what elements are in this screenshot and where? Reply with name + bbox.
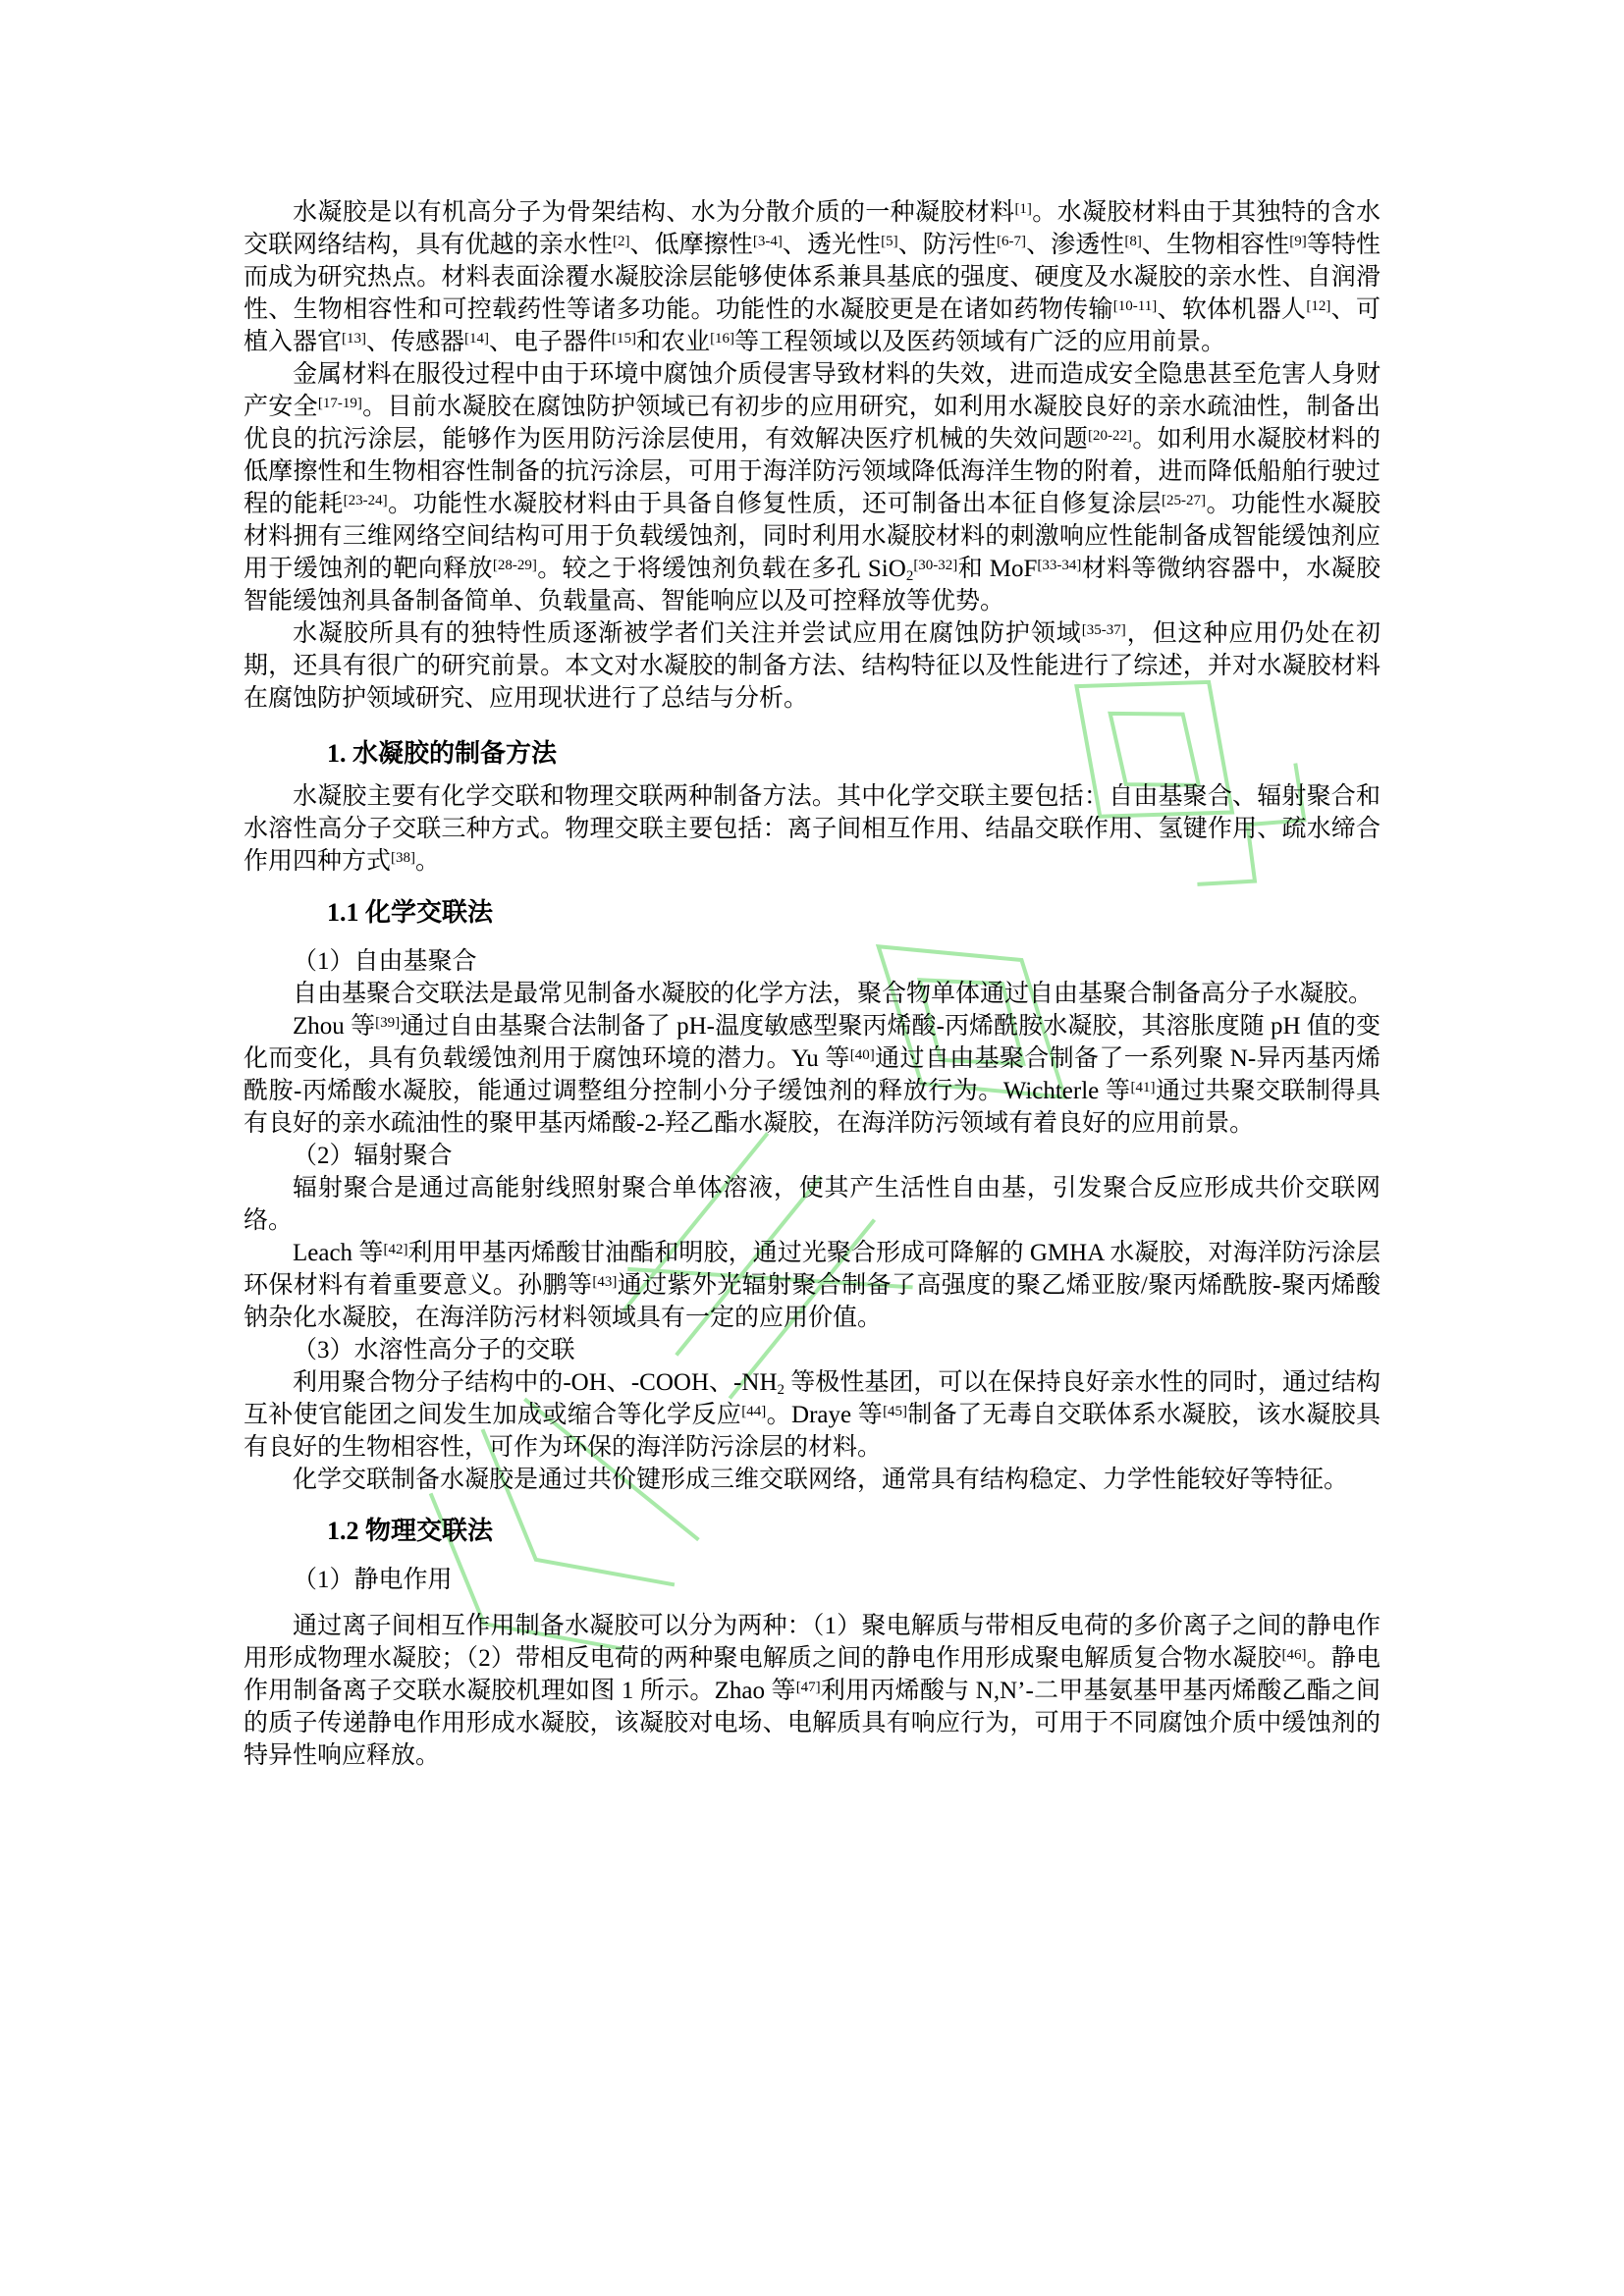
para-metal-corrosion: 金属材料在服役过程中由于环境中腐蚀介质侵害导致材料的失效，进而造成安全隐患甚至危… <box>244 358 1380 617</box>
citation-ref: [28-29] <box>493 558 537 573</box>
para-radiation-examples: Leach 等[42]利用甲基丙烯酸甘油酯和明胶，通过光聚合形成可降解的 GMH… <box>244 1237 1380 1334</box>
text-run: 。较之于将缓蚀剂负载在多孔 SiO <box>537 556 906 582</box>
document-body: 水凝胶是以有机高分子为骨架结构、水为分散介质的一种凝胶材料[1]。水凝胶材料由于… <box>244 196 1380 1772</box>
text-run: （3）水溶性高分子的交联 <box>293 1337 575 1363</box>
para-electrostatic: 通过离子间相互作用制备水凝胶可以分为两种：（1）聚电解质与带相反电荷的多价离子之… <box>244 1610 1380 1772</box>
text-run: 、电子器件 <box>489 329 612 355</box>
citation-ref: [5] <box>881 234 898 249</box>
para-free-radical-intro: 自由基聚合交联法是最常见制备水凝胶的化学方法，聚合物单体通过自由基聚合制备高分子… <box>244 978 1380 1010</box>
citation-ref: [6-7] <box>997 234 1026 249</box>
text-run: Leach 等 <box>293 1240 383 1266</box>
text-run: 1.2 物理交联法 <box>327 1517 493 1545</box>
text-run: 、透光性 <box>783 232 881 258</box>
para-hydrogel-overview: 水凝胶是以有机高分子为骨架结构、水为分散介质的一种凝胶材料[1]。水凝胶材料由于… <box>244 196 1380 358</box>
citation-ref: [40] <box>850 1047 875 1063</box>
para-research-outlook: 水凝胶所具有的独特性质逐渐被学者们关注并尝试应用在腐蚀防护领域[35-37]，但… <box>244 617 1380 715</box>
citation-ref: [23-24] <box>344 493 388 508</box>
para-chemical-summary: 化学交联制备水凝胶是通过共价键形成三维交联网络，通常具有结构稳定、力学性能较好等… <box>244 1464 1380 1496</box>
text-run: 、生物相容性 <box>1142 232 1289 258</box>
text-run: 水凝胶所具有的独特性质逐渐被学者们关注并尝试应用在腐蚀防护领域 <box>293 620 1082 647</box>
para-preparation-overview: 水凝胶主要有化学交联和物理交联两种制备方法。其中化学交联主要包括：自由基聚合、辐… <box>244 780 1380 878</box>
text-run: 1.1 化学交联法 <box>327 898 493 927</box>
heading-1-2-physical-crosslinking: 1.2 物理交联法 <box>327 1514 1380 1549</box>
citation-ref: [43] <box>592 1274 617 1290</box>
text-run: 、传感器 <box>366 329 464 355</box>
text-run: 化学交联制备水凝胶是通过共价键形成三维交联网络，通常具有结构稳定、力学性能较好等… <box>293 1467 1348 1493</box>
text-run: 辐射聚合是通过高能射线照射聚合单体溶液，使其产生活性自由基，引发聚合反应形成共价… <box>244 1175 1380 1234</box>
citation-ref: [10-11] <box>1113 298 1157 314</box>
citation-ref: [8] <box>1124 234 1142 249</box>
citation-ref: [16] <box>710 331 734 347</box>
citation-ref: [25-27] <box>1162 493 1206 508</box>
text-run: Zhou 等 <box>293 1013 375 1040</box>
text-run: 和 MoF <box>957 556 1037 582</box>
citation-ref: [38] <box>391 850 415 866</box>
citation-ref: [46] <box>1281 1647 1306 1663</box>
citation-ref: [45] <box>883 1404 907 1419</box>
citation-ref: [20-22] <box>1088 428 1132 444</box>
text-run: 。 <box>415 848 440 875</box>
heading-1-1-chemical-crosslinking: 1.1 化学交联法 <box>327 895 1380 931</box>
text-run: （1）自由基聚合 <box>293 948 477 975</box>
citation-ref: [47] <box>796 1680 821 1695</box>
citation-ref: [33-34] <box>1037 558 1081 573</box>
citation-ref: [30-32] <box>913 558 957 573</box>
citation-ref: [15] <box>612 331 636 347</box>
chemical-subscript: 2 <box>778 1382 785 1398</box>
citation-ref: [17-19] <box>318 396 362 411</box>
text-run: 和农业 <box>636 329 710 355</box>
text-run: （2）辐射聚合 <box>293 1143 453 1169</box>
subhead-free-radical-polymerization: （1）自由基聚合 <box>244 945 1380 978</box>
text-run: （1）静电作用 <box>293 1567 453 1593</box>
text-run: 、软体机器人 <box>1157 296 1306 323</box>
para-free-radical-examples: Zhou 等[39]通过自由基聚合法制备了 pH-温度敏感型聚丙烯酸-丙烯酰胺水… <box>244 1010 1380 1140</box>
text-run: 、防污性 <box>898 232 997 258</box>
citation-ref: [39] <box>375 1015 400 1031</box>
citation-ref: [13] <box>342 331 366 347</box>
text-run: 利用聚合物分子结构中的-OH、-COOH、-NH <box>293 1369 778 1396</box>
text-run: 。Draye 等 <box>766 1402 883 1428</box>
text-run: 、渗透性 <box>1026 232 1124 258</box>
citation-ref: [42] <box>383 1242 407 1257</box>
text-run: 通过离子间相互作用制备水凝胶可以分为两种：（1）聚电解质与带相反电荷的多价离子之… <box>244 1613 1380 1672</box>
subhead-water-soluble-polymer-crosslinking: （3）水溶性高分子的交联 <box>244 1334 1380 1366</box>
citation-ref: [1] <box>1014 201 1032 217</box>
text-run: 自由基聚合交联法是最常见制备水凝胶的化学方法，聚合物单体通过自由基聚合制备高分子… <box>293 981 1373 1007</box>
citation-ref: [35-37] <box>1082 622 1126 638</box>
para-radiation-intro: 辐射聚合是通过高能射线照射聚合单体溶液，使其产生活性自由基，引发聚合反应形成共价… <box>244 1172 1380 1237</box>
subhead-radiation-polymerization: （2）辐射聚合 <box>244 1140 1380 1172</box>
text-run: 水凝胶是以有机高分子为骨架结构、水为分散介质的一种凝胶材料 <box>293 199 1014 226</box>
citation-ref: [44] <box>741 1404 766 1419</box>
citation-ref: [9] <box>1289 234 1307 249</box>
citation-ref: [3-4] <box>753 234 783 249</box>
text-run: 。功能性水凝胶材料由于具备自修复性质，还可制备出本征自修复涂层 <box>388 491 1162 517</box>
citation-ref: [12] <box>1306 298 1330 314</box>
citation-ref: [2] <box>613 234 630 249</box>
text-run: 等工程领域以及医药领域有广泛的应用前景。 <box>734 329 1225 355</box>
heading-1-preparation-methods: 1. 水凝胶的制备方法 <box>327 736 1380 772</box>
para-polar-groups: 利用聚合物分子结构中的-OH、-COOH、-NH2 等极性基团，可以在保持良好亲… <box>244 1366 1380 1464</box>
text-run: 、低摩擦性 <box>629 232 752 258</box>
citation-ref: [41] <box>1131 1080 1156 1095</box>
citation-ref: [14] <box>464 331 489 347</box>
subhead-electrostatic-interaction: （1）静电作用 <box>244 1564 1380 1596</box>
text-run: 1. 水凝胶的制备方法 <box>327 739 557 768</box>
